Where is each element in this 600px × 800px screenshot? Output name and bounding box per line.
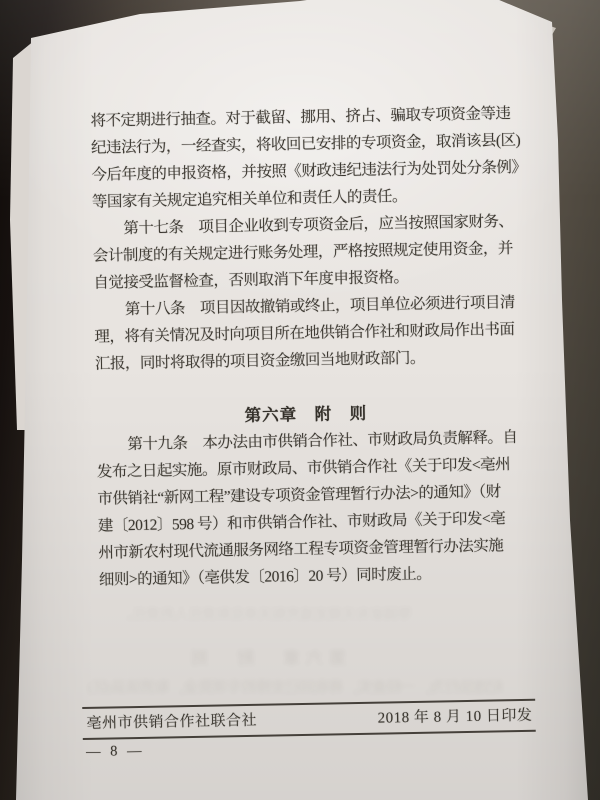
- body-text: 将不定期进行抽查。对于截留、挪用、挤占、骗取专项资金等违 纪违法行为，一经查实，…: [90, 100, 519, 594]
- printed-page-content: 将不定期进行抽查。对于截留、挪用、挤占、骗取专项资金等违 纪违法行为，一经查实，…: [0, 0, 600, 800]
- issuing-agency: 亳州市供销合作社联合社: [86, 709, 257, 733]
- print-date: 2018 年 8 月 10 日印发: [377, 704, 532, 728]
- colophon-footer: 亳州市供销合作社联合社 2018 年 8 月 10 日印发: [82, 699, 536, 740]
- paper-sheet: 等国家有关规定追究相关单位和责任人的责任。 第六章 附 则 纪违法行为，一经查实…: [0, 0, 600, 800]
- page-number: — 8 —: [86, 743, 145, 761]
- document-photo: 等国家有关规定追究相关单位和责任人的责任。 第六章 附 则 纪违法行为，一经查实…: [0, 0, 600, 800]
